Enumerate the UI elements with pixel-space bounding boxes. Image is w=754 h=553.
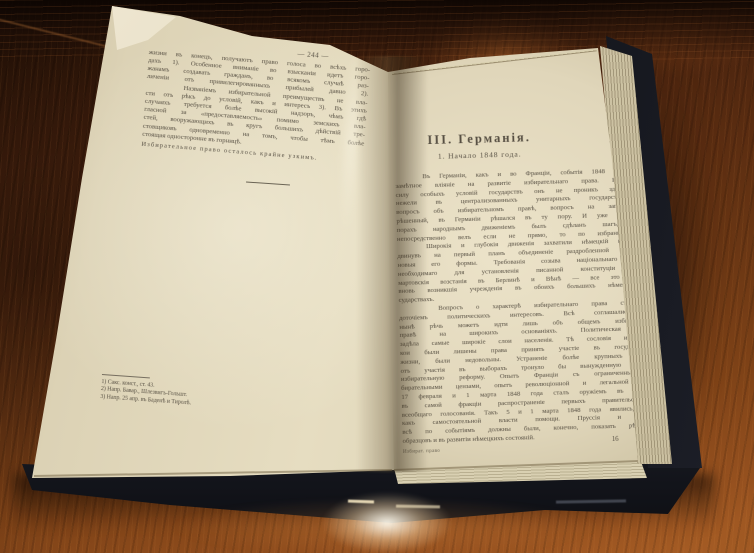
end-of-chapter-dash <box>246 181 290 185</box>
book-gutter-shadow <box>356 56 428 472</box>
camera-flash-glow <box>322 492 452 553</box>
photo-open-book-on-wooden-table: — 244 — жизни въ конецъ, получаютъ право… <box>0 0 754 553</box>
left-page-body: жизни въ конецъ, получаютъ право голоса … <box>142 49 371 157</box>
footnote-lines: 1) Сакс. конст., ст. 43.2) Напр. Бавар.,… <box>100 378 315 416</box>
footnote-separator-rule <box>102 374 150 378</box>
left-page-text-block: — 244 — жизни въ конецъ, получаютъ право… <box>141 38 371 167</box>
signature-number: 16 <box>612 436 619 445</box>
footnotes-block: 1) Сакс. конст., ст. 43.2) Напр. Бавар.,… <box>100 374 315 417</box>
